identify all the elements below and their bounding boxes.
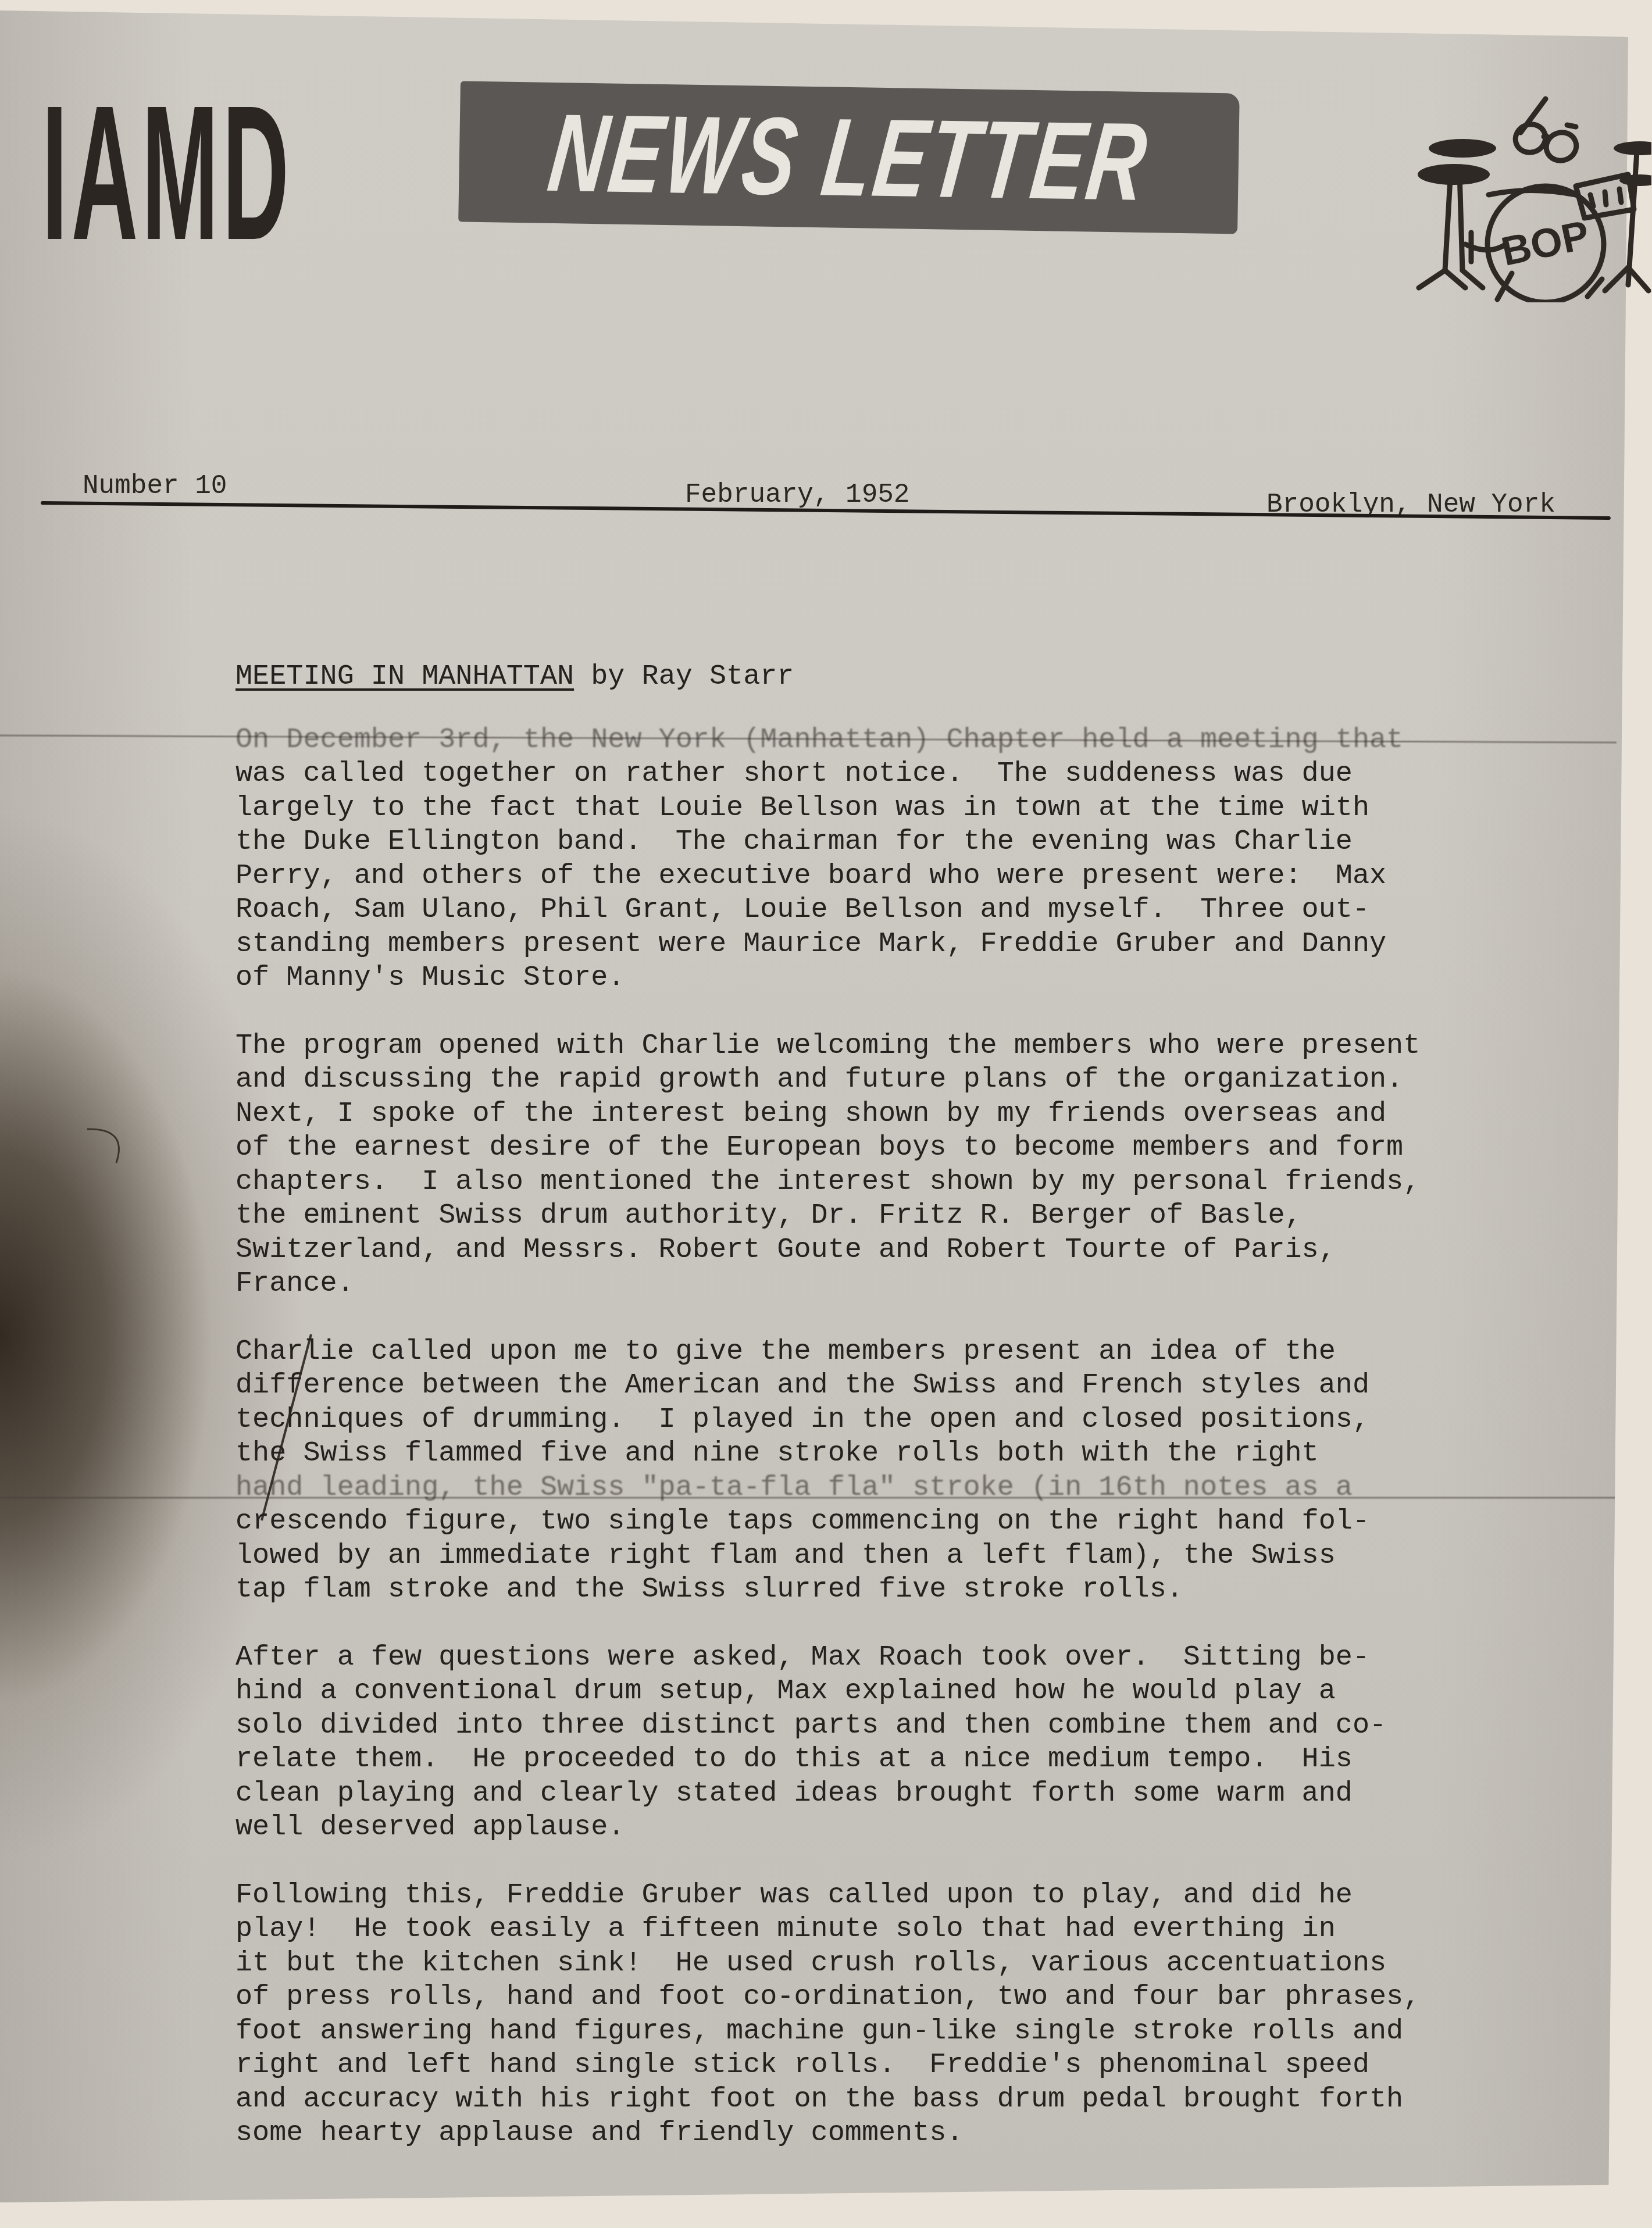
article-paragraph: On December 3rd, the New York (Manhattan… xyxy=(236,723,1619,995)
article-line: On December 3rd, the New York (Manhattan… xyxy=(236,723,1619,758)
newsletter-banner: NEWS LETTER xyxy=(458,81,1240,234)
article-paragraph: Following this, Freddie Gruber was calle… xyxy=(236,1879,1619,2151)
article-line: was called together on rather short noti… xyxy=(236,757,1619,791)
article-line: the Duke Ellington band. The chairman fo… xyxy=(236,825,1619,859)
article-paragraph: The program opened with Charlie welcomin… xyxy=(236,1029,1619,1301)
article-headline: MEETING IN MANHATTAN by Ray Starr xyxy=(236,660,1619,694)
article-line: hind a conventional drum setup, Max expl… xyxy=(236,1674,1619,1709)
article-line: relate them. He proceeded to do this at … xyxy=(236,1743,1619,1777)
article-line: foot answering hand figures, machine gun… xyxy=(236,2015,1619,2049)
banner-title: NEWS LETTER xyxy=(543,90,1155,226)
article-line: well deserved applause. xyxy=(236,1811,1619,1845)
article-title: MEETING IN MANHATTAN xyxy=(236,660,574,692)
article-line: chapters. I also mentioned the interest … xyxy=(236,1165,1619,1199)
article-body: On December 3rd, the New York (Manhattan… xyxy=(236,723,1619,2151)
drum-kit-with-glasses-icon: BOP xyxy=(1396,70,1651,302)
article-line: France. xyxy=(236,1267,1619,1301)
article-line: and accuracy with his right foot on the … xyxy=(236,2083,1619,2117)
article-line: Next, I spoke of the interest being show… xyxy=(236,1097,1619,1131)
article-line: and discussing the rapid growth and futu… xyxy=(236,1063,1619,1097)
article-line: right and left hand single stick rolls. … xyxy=(236,2048,1619,2083)
article-line: of press rolls, hand and foot co-ordinat… xyxy=(236,1980,1619,2015)
article-paragraph: After a few questions were asked, Max Ro… xyxy=(236,1641,1619,1845)
pen-arc-mark xyxy=(81,1122,134,1169)
article: MEETING IN MANHATTAN by Ray Starr On Dec… xyxy=(236,660,1619,2184)
article-line: After a few questions were asked, Max Ro… xyxy=(236,1641,1619,1675)
article-line: The program opened with Charlie welcomin… xyxy=(236,1029,1619,1063)
article-paragraph: Charlie called upon me to give the membe… xyxy=(236,1335,1619,1607)
article-line: difference between the American and the … xyxy=(236,1369,1619,1403)
article-line: techniques of drumming. I played in the … xyxy=(236,1403,1619,1437)
article-line: Roach, Sam Ulano, Phil Grant, Louie Bell… xyxy=(236,893,1619,927)
article-line: Switzerland, and Messrs. Robert Goute an… xyxy=(236,1233,1619,1267)
article-line: clean playing and clearly stated ideas b… xyxy=(236,1777,1619,1811)
issue-date: February, 1952 xyxy=(685,480,909,510)
issue-info-bar: Number 10 February, 1952 Brooklyn, New Y… xyxy=(41,465,1611,535)
article-line: Following this, Freddie Gruber was calle… xyxy=(236,1879,1619,1913)
article-line: solo divided into three distinct parts a… xyxy=(236,1709,1619,1743)
article-line: some hearty applause and friendly commen… xyxy=(236,2116,1619,2151)
article-line: tap flam stroke and the Swiss slurred fi… xyxy=(236,1573,1619,1607)
article-line: hand leading, the Swiss "pa-ta-fla fla" … xyxy=(236,1471,1619,1505)
org-wordmark: IAMD xyxy=(42,77,293,269)
article-line: the eminent Swiss drum authority, Dr. Fr… xyxy=(236,1199,1619,1233)
article-line: it but the kitchen sink! He used crush r… xyxy=(236,1947,1619,1981)
article-line: lowed by an immediate right flam and the… xyxy=(236,1539,1619,1573)
article-line: Charlie called upon me to give the membe… xyxy=(236,1335,1619,1369)
article-line: largely to the fact that Louie Bellson w… xyxy=(236,791,1619,826)
article-line: crescendo figure, two single taps commen… xyxy=(236,1505,1619,1539)
article-byline: by Ray Starr xyxy=(574,660,794,692)
issue-number: Number 10 xyxy=(83,471,227,501)
article-line: Perry, and others of the executive board… xyxy=(236,859,1619,894)
article-line: the Swiss flammed five and nine stroke r… xyxy=(236,1437,1619,1471)
logo-text: BOP xyxy=(1497,212,1593,274)
article-line: of Manny's Music Store. xyxy=(236,961,1619,995)
article-line: standing members present were Maurice Ma… xyxy=(236,927,1619,962)
article-line: play! He took easily a fifteen minute so… xyxy=(236,1912,1619,1947)
article-line: of the earnest desire of the European bo… xyxy=(236,1131,1619,1165)
